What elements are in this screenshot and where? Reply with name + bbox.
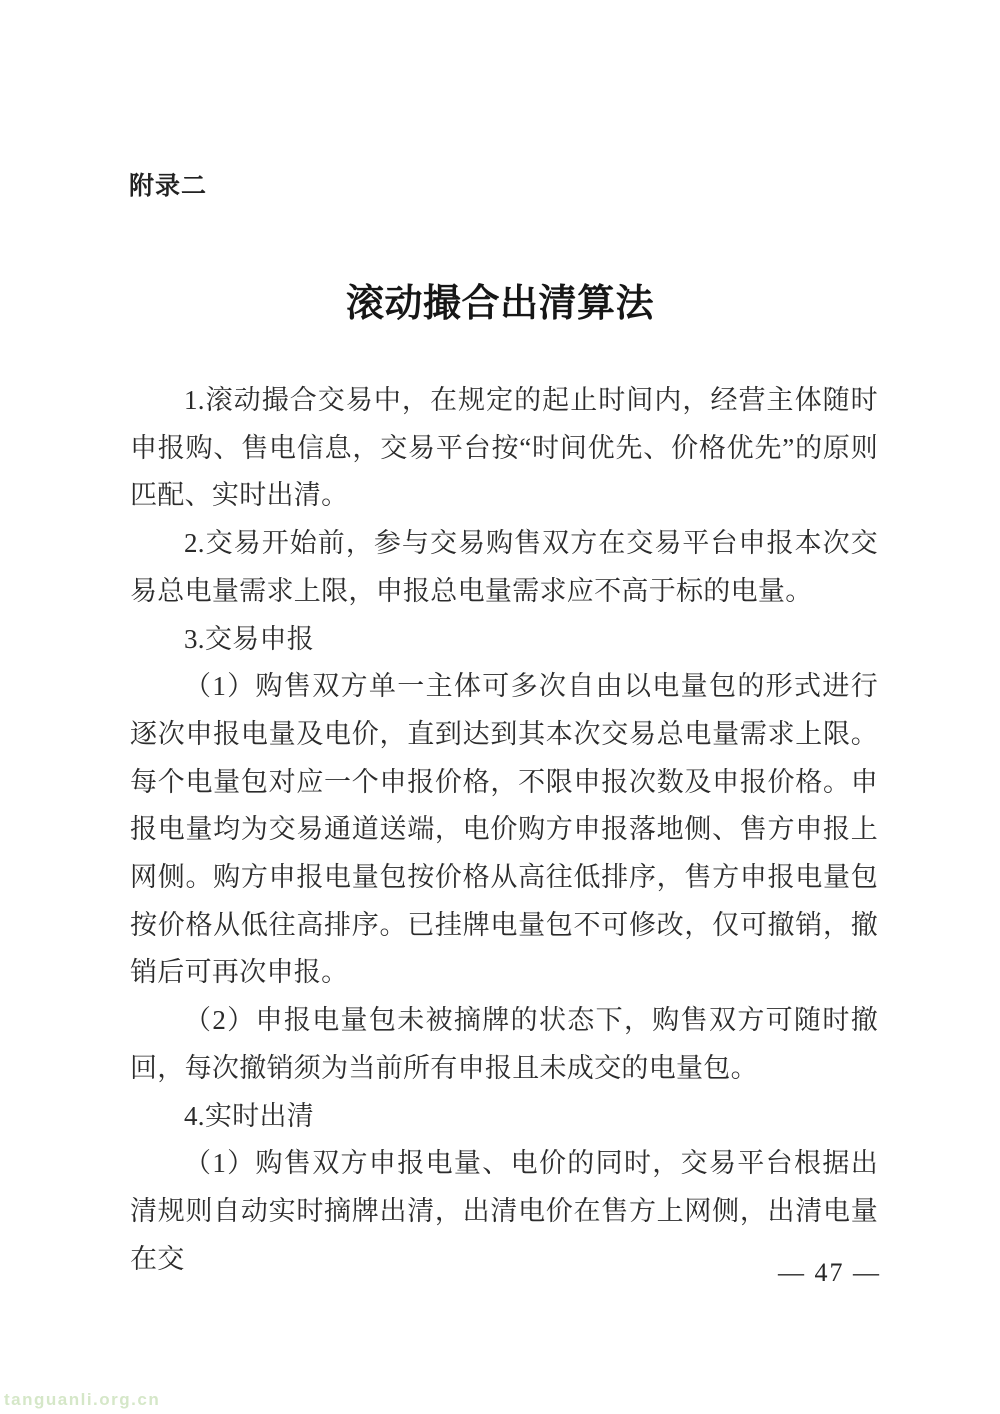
paragraph: （1）购售双方单一主体可多次自由以电量包的形式进行逐次申报电量及电价，直到达到其…	[130, 663, 878, 997]
document-page: 附录二 滚动撮合出清算法 1.滚动撮合交易中，在规定的起止时间内，经营主体随时申…	[0, 0, 1000, 1414]
paragraph: （1）购售双方申报电量、电价的同时，交易平台根据出清规则自动实时摘牌出清，出清电…	[130, 1140, 878, 1283]
paragraph: 2.交易开始前，参与交易购售双方在交易平台申报本次交易总电量需求上限，申报总电量…	[130, 520, 878, 615]
page-number: — 47 —	[778, 1258, 881, 1288]
page-title: 滚动撮合出清算法	[0, 272, 1000, 327]
document-body: 1.滚动撮合交易中，在规定的起止时间内，经营主体随时申报购、售电信息，交易平台按…	[130, 377, 878, 1283]
paragraph: 1.滚动撮合交易中，在规定的起止时间内，经营主体随时申报购、售电信息，交易平台按…	[130, 377, 878, 520]
appendix-label: 附录二	[129, 166, 207, 202]
paragraph: （2）申报电量包未被摘牌的状态下，购售双方可随时撤回，每次撤销须为当前所有申报且…	[130, 997, 878, 1092]
watermark: tanguanli.org.cn	[4, 1390, 160, 1410]
paragraph: 4.实时出清	[130, 1093, 878, 1141]
paragraph: 3.交易申报	[130, 616, 878, 664]
